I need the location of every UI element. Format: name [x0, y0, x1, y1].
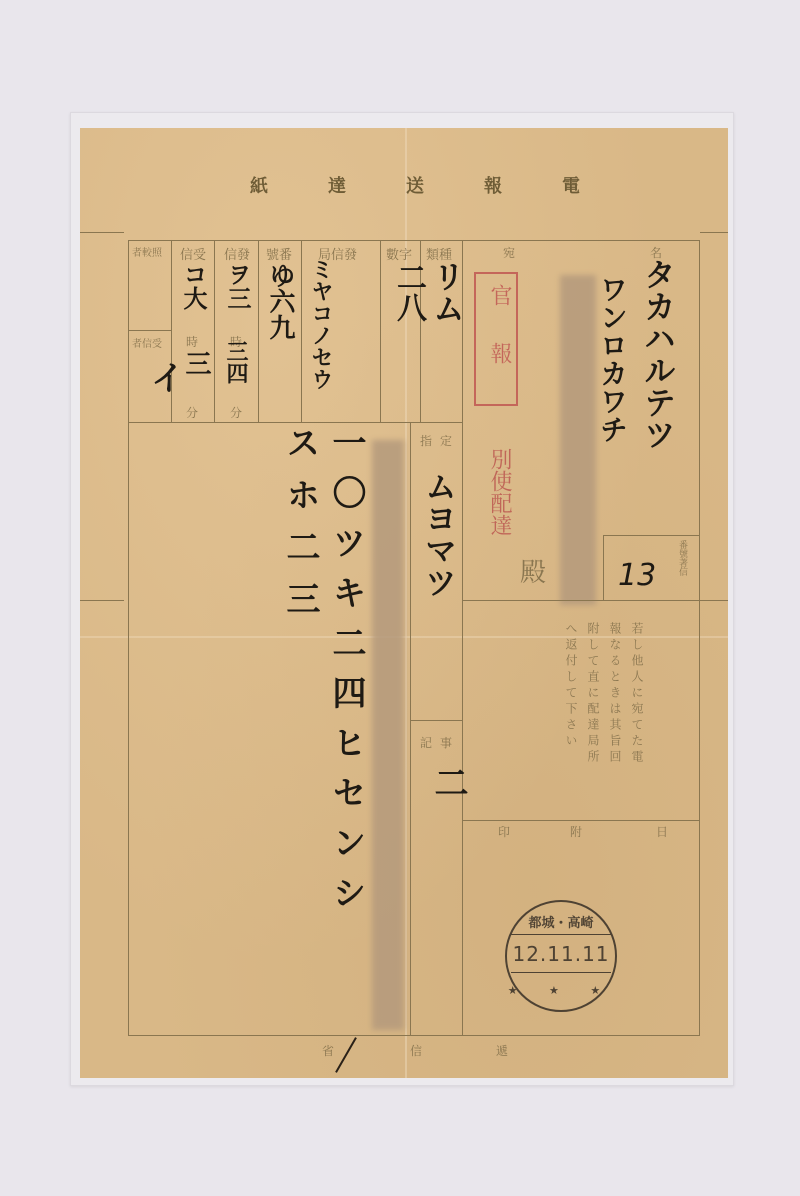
notice-line: へ返付して下さい	[564, 622, 578, 750]
notice-line: 附して直に配達局所	[586, 622, 600, 766]
grid-line	[410, 422, 411, 1035]
frame-left	[128, 240, 129, 1036]
footer-label: 遞	[496, 1042, 508, 1059]
label-designation: 指定	[420, 432, 460, 449]
type-value: リム	[424, 260, 470, 324]
footer-label: 信	[410, 1042, 422, 1059]
form-title: 紙 達 送 報 電	[250, 172, 580, 198]
margin-tick	[700, 600, 728, 601]
grid-line	[462, 600, 699, 601]
label-minute: 分	[230, 404, 242, 421]
grid-line	[603, 535, 699, 536]
postmark-office: 都城・高崎	[507, 912, 615, 931]
separate-delivery-stamp: 別使配達	[484, 448, 515, 536]
received-top-value: コ大	[176, 262, 211, 310]
serial-value: 13	[618, 558, 656, 593]
grid-line	[301, 240, 302, 422]
official-stamp-text: 官報	[484, 284, 515, 400]
postmark-stars: ★ ★ ★	[507, 984, 615, 997]
origin-office-value: ミヤコノセウ	[306, 258, 334, 408]
notice-line: 若し他人に宛てた電	[630, 622, 644, 766]
label-received: 信受	[180, 244, 206, 263]
postmark-date-stamp: 都城・高崎 12.11.11 ★ ★ ★	[505, 900, 617, 1012]
designation-value: ムヨマツ	[420, 470, 458, 598]
label-serial: 番號著信	[676, 540, 689, 576]
redacted-message	[372, 440, 404, 1030]
header-bottom-line	[128, 422, 462, 423]
misdelivery-notice: 若し他人に宛てた電 報なるときは其旨回 附して直に配達局所 へ返付して下さい	[560, 622, 648, 792]
message-column-2: 一〇ツキ二四ヒセンシ	[326, 425, 366, 925]
footer-label: 省	[322, 1042, 334, 1059]
addressee-name-2: ワンロカワチ	[595, 275, 629, 443]
margin-tick	[80, 600, 124, 601]
sent-top-value: ヲ三	[220, 262, 255, 310]
title-char: 電	[562, 172, 580, 198]
margin-tick	[700, 232, 728, 233]
grid-line	[462, 820, 699, 821]
addressee-name: タカハルテツ	[640, 258, 676, 450]
notice-line: 報なるときは其旨回	[608, 622, 622, 766]
label-receiver: 者信受	[132, 335, 162, 350]
label-seal: 印	[498, 823, 510, 840]
honorific: 殿	[520, 552, 546, 589]
label-minute: 分	[186, 404, 198, 421]
frame-right	[699, 240, 700, 1036]
grid-line	[128, 330, 171, 331]
title-char: 紙	[250, 172, 268, 198]
label-hour: 時	[186, 333, 198, 350]
label-wordcount: 數字	[386, 244, 412, 263]
title-char: 送	[406, 172, 424, 198]
grid-line	[214, 240, 215, 422]
label-number: 號番	[266, 244, 292, 263]
label-attached: 附	[570, 823, 582, 840]
label-compared: 者較照	[132, 244, 162, 259]
label-sent: 信發	[224, 244, 250, 263]
official-red-box-stamp: 官報	[474, 272, 518, 406]
title-char: 達	[328, 172, 346, 198]
label-addressee: 宛	[503, 244, 515, 261]
grid-line	[603, 535, 604, 600]
sent-minute-value: 三四	[220, 340, 251, 384]
postmark-band	[511, 972, 611, 973]
grid-line	[380, 240, 381, 422]
frame-bottom	[128, 1035, 700, 1036]
received-hour-value: 三	[178, 350, 215, 376]
postmark-band	[511, 934, 611, 935]
redacted-address	[560, 275, 596, 605]
grid-line	[410, 720, 462, 721]
postmark-date: 12.11.11	[507, 942, 615, 966]
grid-line	[462, 240, 463, 1035]
grid-line	[258, 240, 259, 422]
label-notes: 記事	[420, 734, 460, 751]
margin-tick	[80, 232, 124, 233]
grid-line	[171, 240, 172, 422]
label-day: 日	[656, 823, 668, 840]
number-value: ゆ六九	[262, 262, 299, 340]
message-column-1: スホ二三	[280, 425, 320, 633]
title-char: 報	[484, 172, 502, 198]
notes-value: 二	[424, 765, 473, 799]
